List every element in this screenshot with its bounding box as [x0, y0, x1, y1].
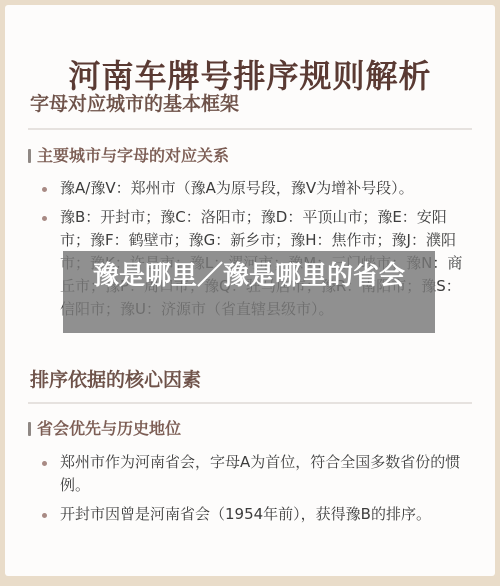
bullet-icon — [42, 461, 47, 466]
subheading-label: 省会优先与历史地位 — [37, 418, 181, 440]
divider — [28, 128, 472, 130]
caption-overlay: 豫是哪里／豫是哪里的省会 — [63, 251, 435, 333]
list-item: 开封市因曾是河南省会（1954年前），获得豫B的排序。 — [30, 503, 470, 526]
section-heading-letter-framework: 字母对应城市的基本框架 — [30, 91, 239, 117]
subheading-label: 主要城市与字母的对应关系 — [37, 145, 229, 167]
subheading-city-letter-mapping: 主要城市与字母的对应关系 — [28, 145, 229, 167]
bullet-icon — [42, 216, 47, 221]
list-item: 郑州市作为河南省会，字母A为首位，符合全国多数省份的惯例。 — [30, 451, 470, 497]
subheading-capital-priority: 省会优先与历史地位 — [28, 418, 181, 440]
bullet-icon — [42, 513, 47, 518]
list-item-text: 开封市因曾是河南省会（1954年前），获得豫B的排序。 — [60, 505, 431, 523]
subheading-bar-icon — [28, 149, 31, 163]
subheading-bar-icon — [28, 422, 31, 436]
ordering-factors-list: 郑州市作为河南省会，字母A为首位，符合全国多数省份的惯例。 开封市因曾是河南省会… — [30, 451, 470, 532]
divider — [28, 402, 472, 404]
list-item-text: 豫A/豫V：郑州市（豫A为原号段，豫V为增补号段）。 — [60, 179, 414, 197]
bullet-icon — [42, 187, 47, 192]
list-item: 豫A/豫V：郑州市（豫A为原号段，豫V为增补号段）。 — [30, 177, 470, 200]
section-heading-ordering-factors: 排序依据的核心因素 — [30, 367, 201, 393]
list-item-text: 郑州市作为河南省会，字母A为首位，符合全国多数省份的惯例。 — [60, 453, 460, 494]
